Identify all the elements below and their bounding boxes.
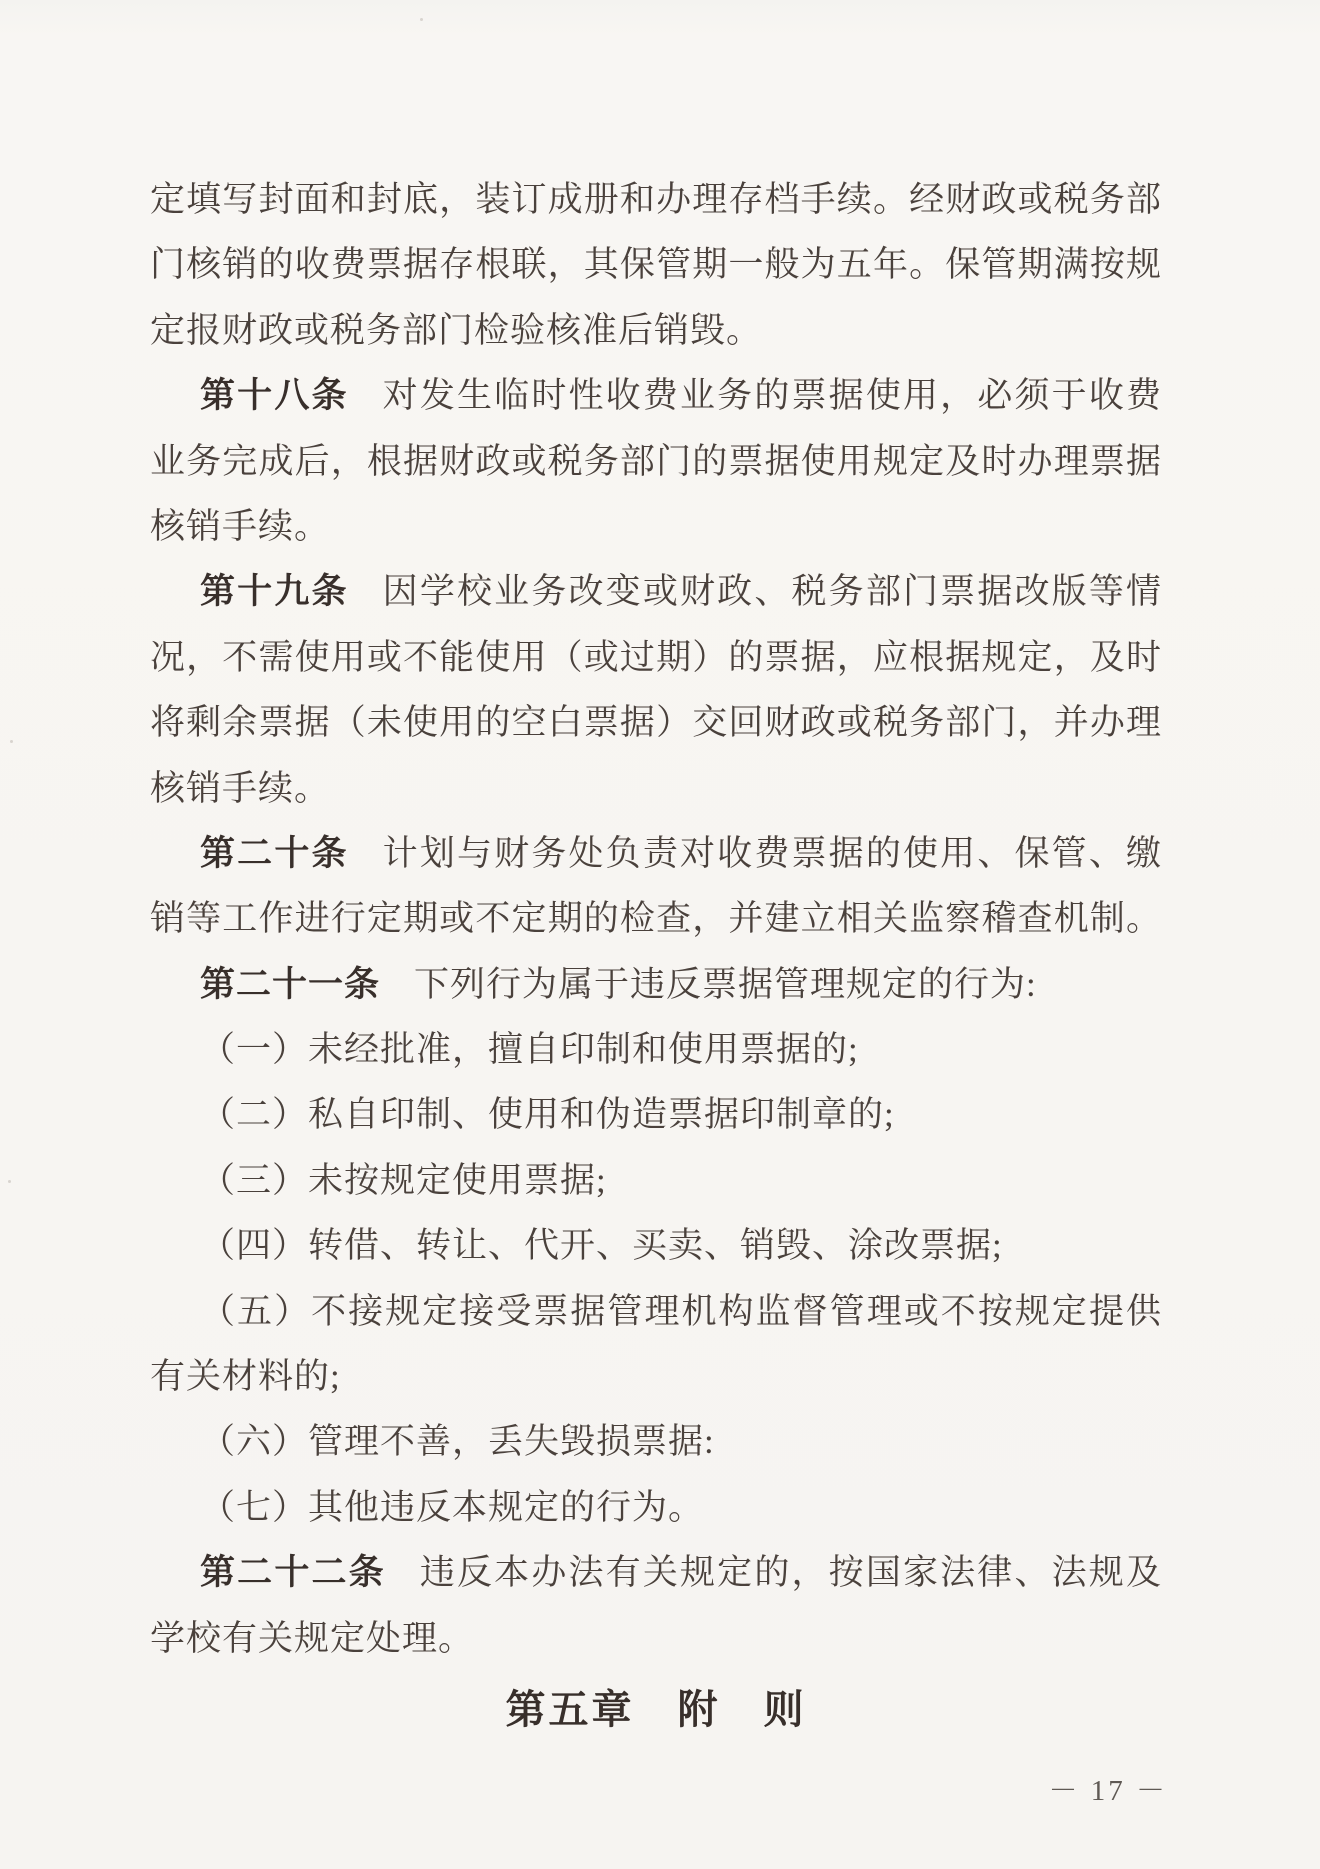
text-line: 第十九条因学校业务改变或财政、税务部门票据改版等情 — [150, 559, 1162, 624]
text-line: 门核销的收费票据存根联，其保管期一般为五年。保管期满按规 — [150, 232, 1162, 297]
line-text: 定报财政或税务部门检验核准后销毁。 — [150, 311, 762, 350]
line-text: （五）不接规定接受票据管理机构监督管理或不按规定提供 — [200, 1292, 1162, 1331]
line-text: 下列行为属于违反票据管理规定的行为: — [414, 965, 1037, 1004]
line-text: （七）其他违反本规定的行为。 — [200, 1488, 704, 1527]
line-text: （六）管理不善，丢失毁损票据: — [200, 1422, 715, 1461]
text-line: （六）管理不善，丢失毁损票据: — [150, 1409, 1162, 1474]
chapter-heading: 第五章 附 则 — [150, 1681, 1162, 1739]
text-line: 将剩余票据（未使用的空白票据）交回财政或税务部门，并办理 — [150, 690, 1162, 755]
line-text: （二）私自印制、使用和伪造票据印制章的; — [200, 1095, 895, 1134]
text-line: （二）私自印制、使用和伪造票据印制章的; — [150, 1082, 1162, 1147]
text-line: 第二十一条下列行为属于违反票据管理规定的行为: — [150, 952, 1162, 1017]
text-line: 业务完成后，根据财政或税务部门的票据使用规定及时办理票据 — [150, 429, 1162, 494]
line-text: 将剩余票据（未使用的空白票据）交回财政或税务部门，并办理 — [150, 703, 1162, 742]
page-number: － 17 － — [1048, 1768, 1168, 1809]
line-text: 学校有关规定处理。 — [150, 1619, 474, 1658]
scan-speck — [10, 740, 13, 743]
line-text: 对发生临时性收费业务的票据使用，必须于收费 — [383, 376, 1162, 415]
text-line: 有关材料的; — [150, 1344, 1162, 1409]
line-text: 定填写封面和封底，装订成册和办理存档手续。经财政或税务部 — [150, 180, 1162, 219]
article-number: 第二十条 — [200, 834, 349, 873]
article-number: 第十八条 — [200, 376, 349, 415]
line-text: 销等工作进行定期或不定期的检查，并建立相关监察稽查机制。 — [150, 899, 1162, 938]
line-text: 况，不需使用或不能使用（或过期）的票据，应根据规定，及时 — [150, 638, 1162, 677]
text-line: 定报财政或税务部门检验核准后销毁。 — [150, 298, 1162, 363]
text-line: （四）转借、转让、代开、买卖、销毁、涂改票据; — [150, 1213, 1162, 1278]
document-body: 定填写封面和封底，装订成册和办理存档手续。经财政或税务部 门核销的收费票据存根联… — [150, 167, 1162, 1739]
line-text: 业务完成后，根据财政或税务部门的票据使用规定及时办理票据 — [150, 442, 1162, 481]
line-text: 核销手续。 — [150, 769, 330, 808]
text-line: 第二十条计划与财务处负责对收费票据的使用、保管、缴 — [150, 821, 1162, 886]
line-text: （三）未按规定使用票据; — [200, 1161, 607, 1200]
text-line: 定填写封面和封底，装订成册和办理存档手续。经财政或税务部 — [150, 167, 1162, 232]
text-line: 销等工作进行定期或不定期的检查，并建立相关监察稽查机制。 — [150, 886, 1162, 951]
line-text: 有关材料的; — [150, 1357, 341, 1396]
line-text: （四）转借、转让、代开、买卖、销毁、涂改票据; — [200, 1226, 1003, 1265]
article-number: 第二十二条 — [200, 1553, 386, 1592]
article-number: 第二十一条 — [200, 965, 380, 1004]
text-line: （一）未经批准，擅自印制和使用票据的; — [150, 1017, 1162, 1082]
text-line: 核销手续。 — [150, 494, 1162, 559]
line-text: 计划与财务处负责对收费票据的使用、保管、缴 — [383, 834, 1162, 873]
text-line: 第二十二条违反本办法有关规定的，按国家法律、法规及 — [150, 1540, 1162, 1605]
line-text: 因学校业务改变或财政、税务部门票据改版等情 — [383, 572, 1162, 611]
document-page: 定填写封面和封底，装订成册和办理存档手续。经财政或税务部 门核销的收费票据存根联… — [0, 0, 1320, 1869]
text-line: 第十八条对发生临时性收费业务的票据使用，必须于收费 — [150, 363, 1162, 428]
text-line: （七）其他违反本规定的行为。 — [150, 1475, 1162, 1540]
text-line: （五）不接规定接受票据管理机构监督管理或不按规定提供 — [150, 1279, 1162, 1344]
text-line: 况，不需使用或不能使用（或过期）的票据，应根据规定，及时 — [150, 625, 1162, 690]
text-line: （三）未按规定使用票据; — [150, 1148, 1162, 1213]
line-text: （一）未经批准，擅自印制和使用票据的; — [200, 1030, 859, 1069]
article-number: 第十九条 — [200, 572, 349, 611]
line-text: 门核销的收费票据存根联，其保管期一般为五年。保管期满按规 — [150, 245, 1162, 284]
text-line: 学校有关规定处理。 — [150, 1606, 1162, 1671]
line-text: 核销手续。 — [150, 507, 330, 546]
line-text: 违反本办法有关规定的，按国家法律、法规及 — [420, 1553, 1162, 1592]
scan-speck — [420, 18, 423, 21]
scan-speck — [8, 1180, 11, 1183]
text-line: 核销手续。 — [150, 756, 1162, 821]
